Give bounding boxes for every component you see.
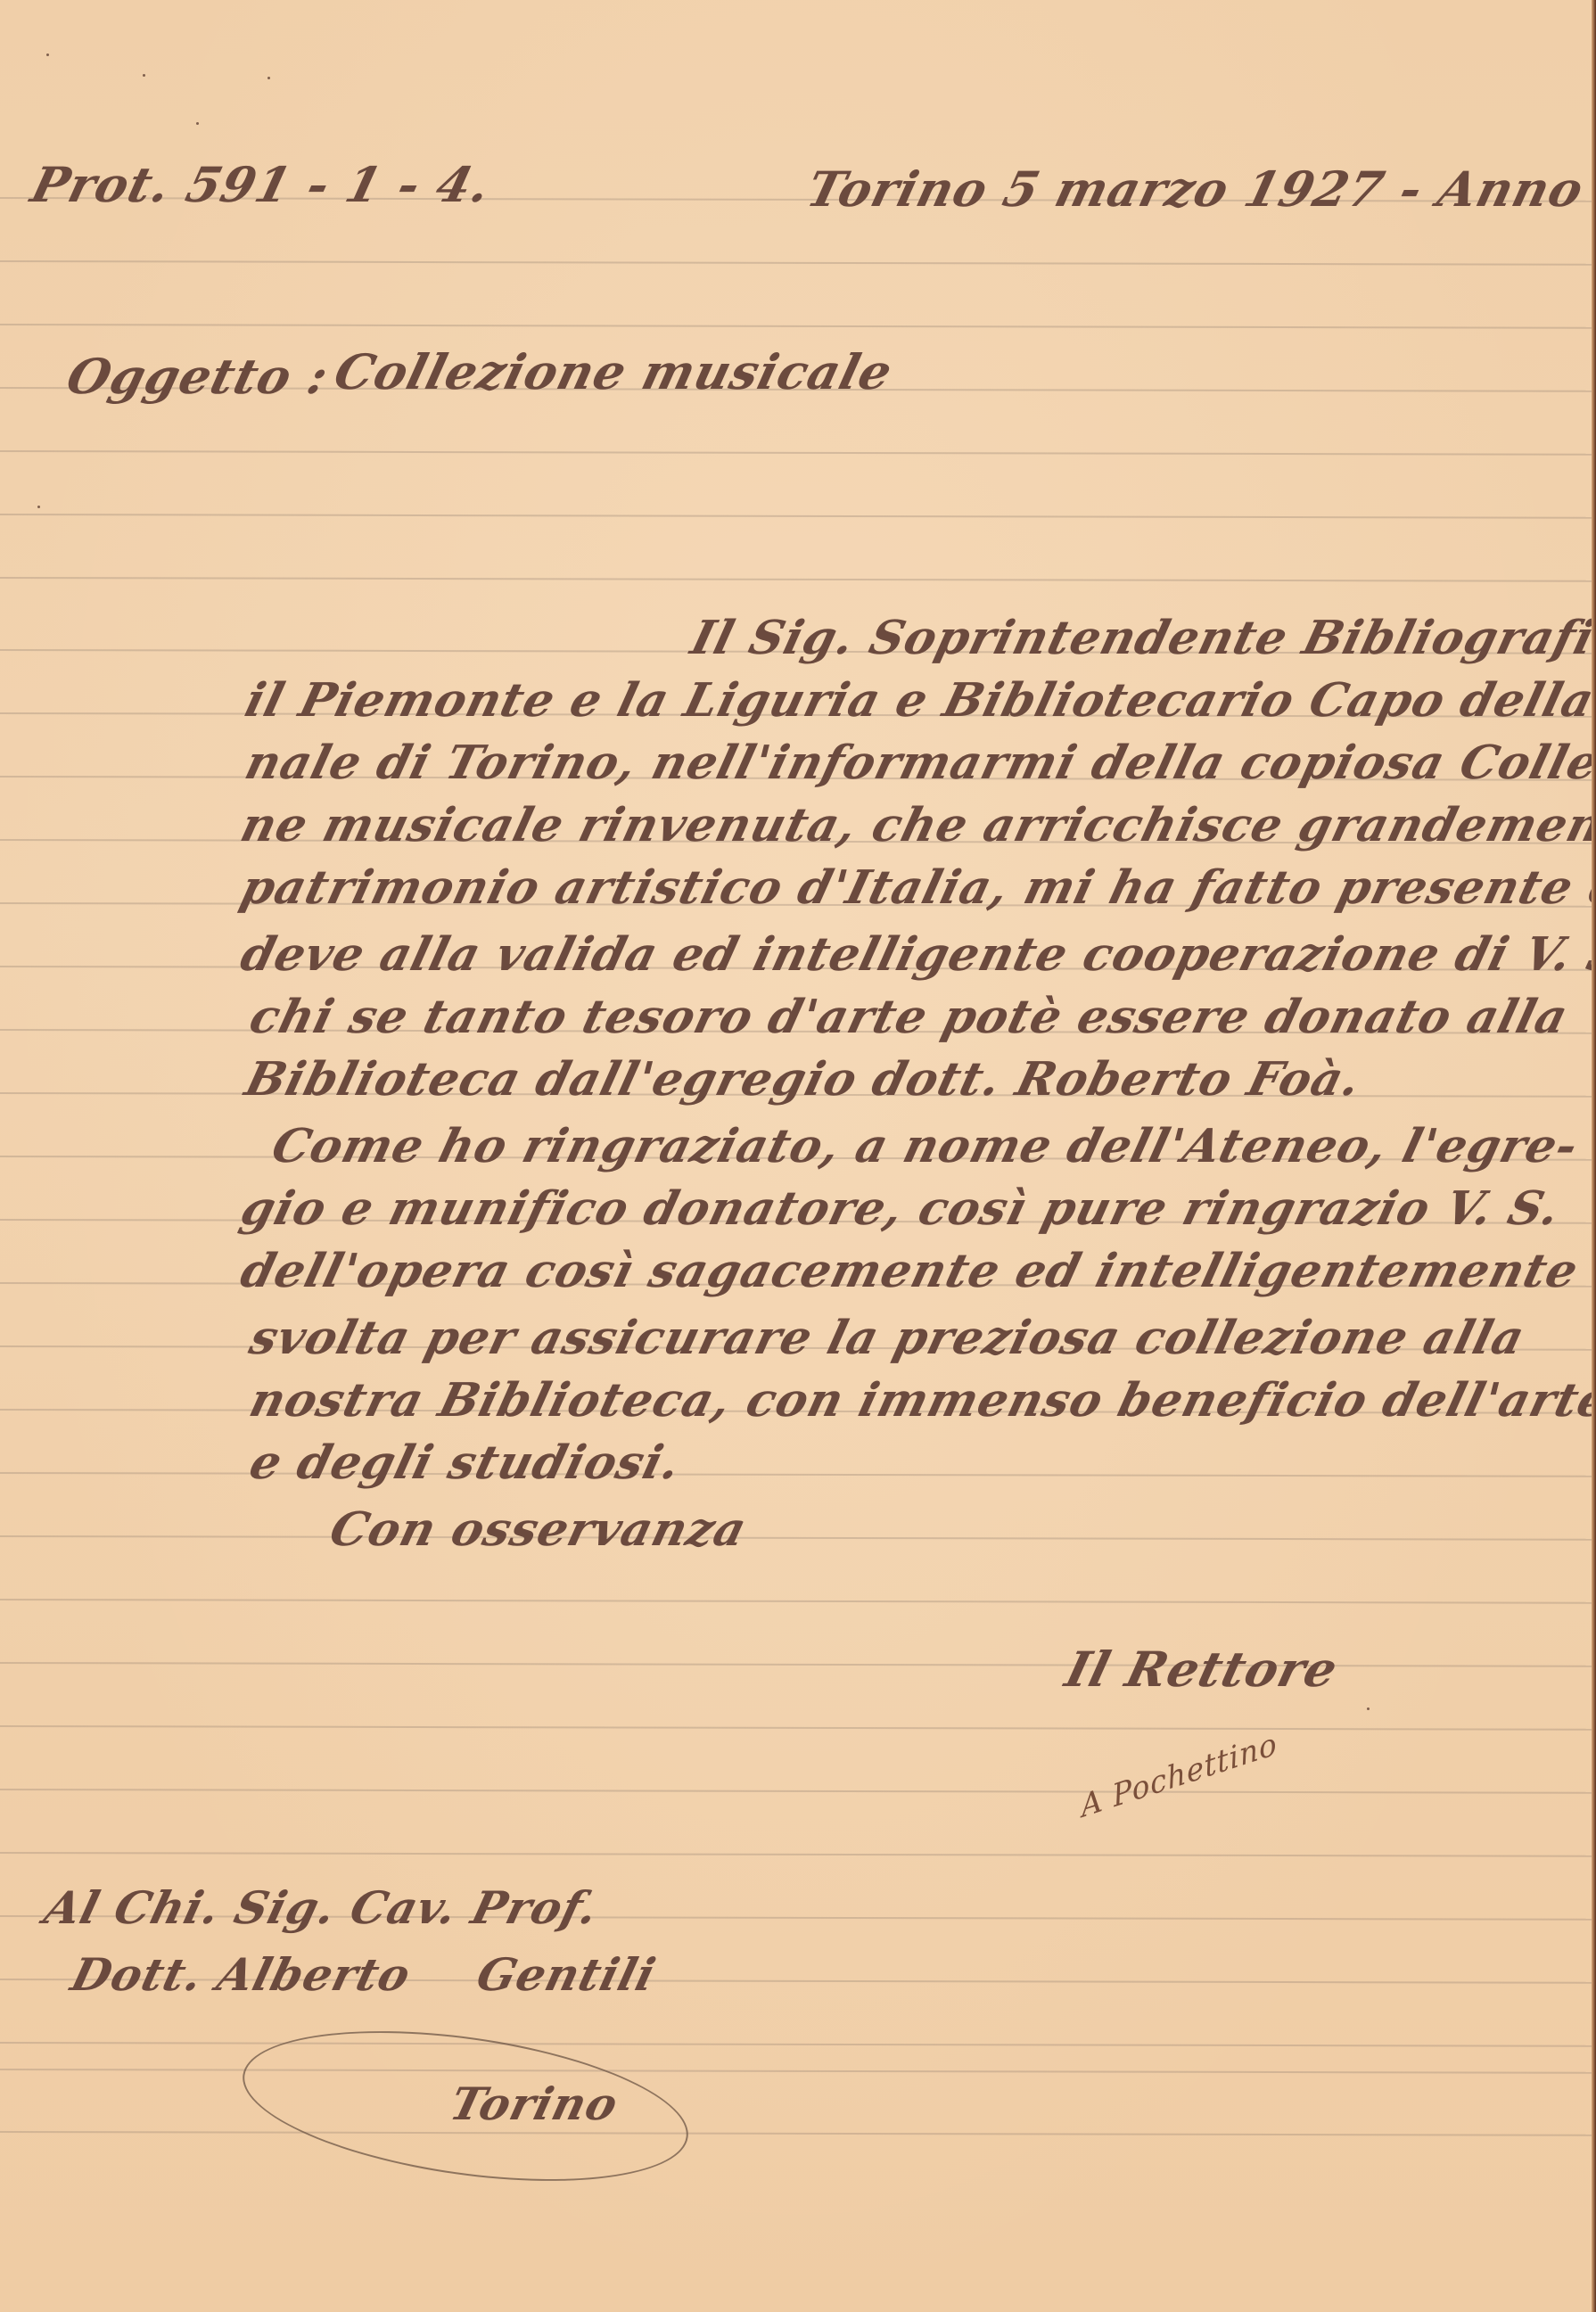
subject-value: Collezione musicale <box>330 348 898 396</box>
body-line: svolta per assicurare la preziosa collez… <box>245 1315 1529 1362</box>
addressee-surname: Gentili <box>473 1953 660 1997</box>
letter-page: Prot. 591 - 1 - 4. Torino 5 marzo 1927 -… <box>0 0 1596 2312</box>
autograph-signature: A Pochettino <box>1079 1728 1279 1822</box>
ink-speck <box>267 77 270 79</box>
ruled-line <box>0 260 1596 266</box>
closing-salutation: Con osservanza <box>325 1507 752 1553</box>
ruled-line <box>0 2069 1596 2074</box>
body-line: Il Sig. Soprintendente Bibliografico per <box>687 615 1596 662</box>
ruled-line <box>0 1472 1596 1477</box>
body-line: e degli studiosi. <box>245 1440 686 1486</box>
ink-speck <box>143 74 145 77</box>
ruled-line <box>0 1535 1596 1541</box>
ruled-line <box>0 514 1596 519</box>
body-line: Biblioteca dall'egregio dott. Roberto Fo… <box>241 1057 1365 1103</box>
ink-speck <box>1367 1707 1370 1710</box>
ruled-line <box>0 1789 1596 1794</box>
body-line: patrimonio artistico d'Italia, mi ha fat… <box>236 865 1596 911</box>
address-flourish <box>234 2007 698 2206</box>
page-edge <box>1592 0 1596 2312</box>
body-line: ne musicale rinvenuta, che arricchisce g… <box>236 802 1596 849</box>
ruled-line <box>0 1599 1596 1604</box>
ink-speck <box>196 122 199 125</box>
body-line: deve alla valida ed intelligente coopera… <box>236 932 1596 978</box>
protocol-number: Prot. 591 - 1 - 4. <box>27 160 496 209</box>
subject-label: Oggetto : <box>62 352 333 400</box>
ink-speck <box>37 506 40 508</box>
ruled-line <box>0 2131 1596 2136</box>
body-line: chi se tanto tesoro d'arte potè essere d… <box>245 994 1573 1041</box>
body-line: nale di Torino, nell'informarmi della co… <box>241 740 1596 786</box>
ruled-line <box>0 1662 1596 1667</box>
ruled-line <box>0 1852 1596 1857</box>
body-line: Come ho ringraziato, a nome dell'Ateneo,… <box>267 1123 1583 1170</box>
ruled-line <box>0 577 1596 582</box>
ruled-line <box>0 1725 1596 1731</box>
place-and-date: Torino 5 marzo 1927 - Anno V. <box>802 165 1596 213</box>
body-line: il Piemonte e la Liguria e Bibliotecario… <box>241 678 1596 724</box>
body-line: gio e munifico donatore, così pure ringr… <box>236 1186 1565 1232</box>
addressee-line-2: Dott. Alberto <box>67 1953 415 1997</box>
ruled-line <box>0 324 1596 329</box>
addressee-line-1: Al Chi. Sig. Cav. Prof. <box>40 1886 603 1930</box>
ruled-line <box>0 2042 1596 2047</box>
signature-title: Il Rettore <box>1061 1645 1343 1693</box>
ruled-line <box>0 450 1596 456</box>
body-line: nostra Biblioteca, con immenso beneficio… <box>245 1378 1596 1424</box>
body-line: dell'opera così sagacemente ed intellige… <box>236 1248 1583 1295</box>
ink-speck <box>46 53 49 56</box>
